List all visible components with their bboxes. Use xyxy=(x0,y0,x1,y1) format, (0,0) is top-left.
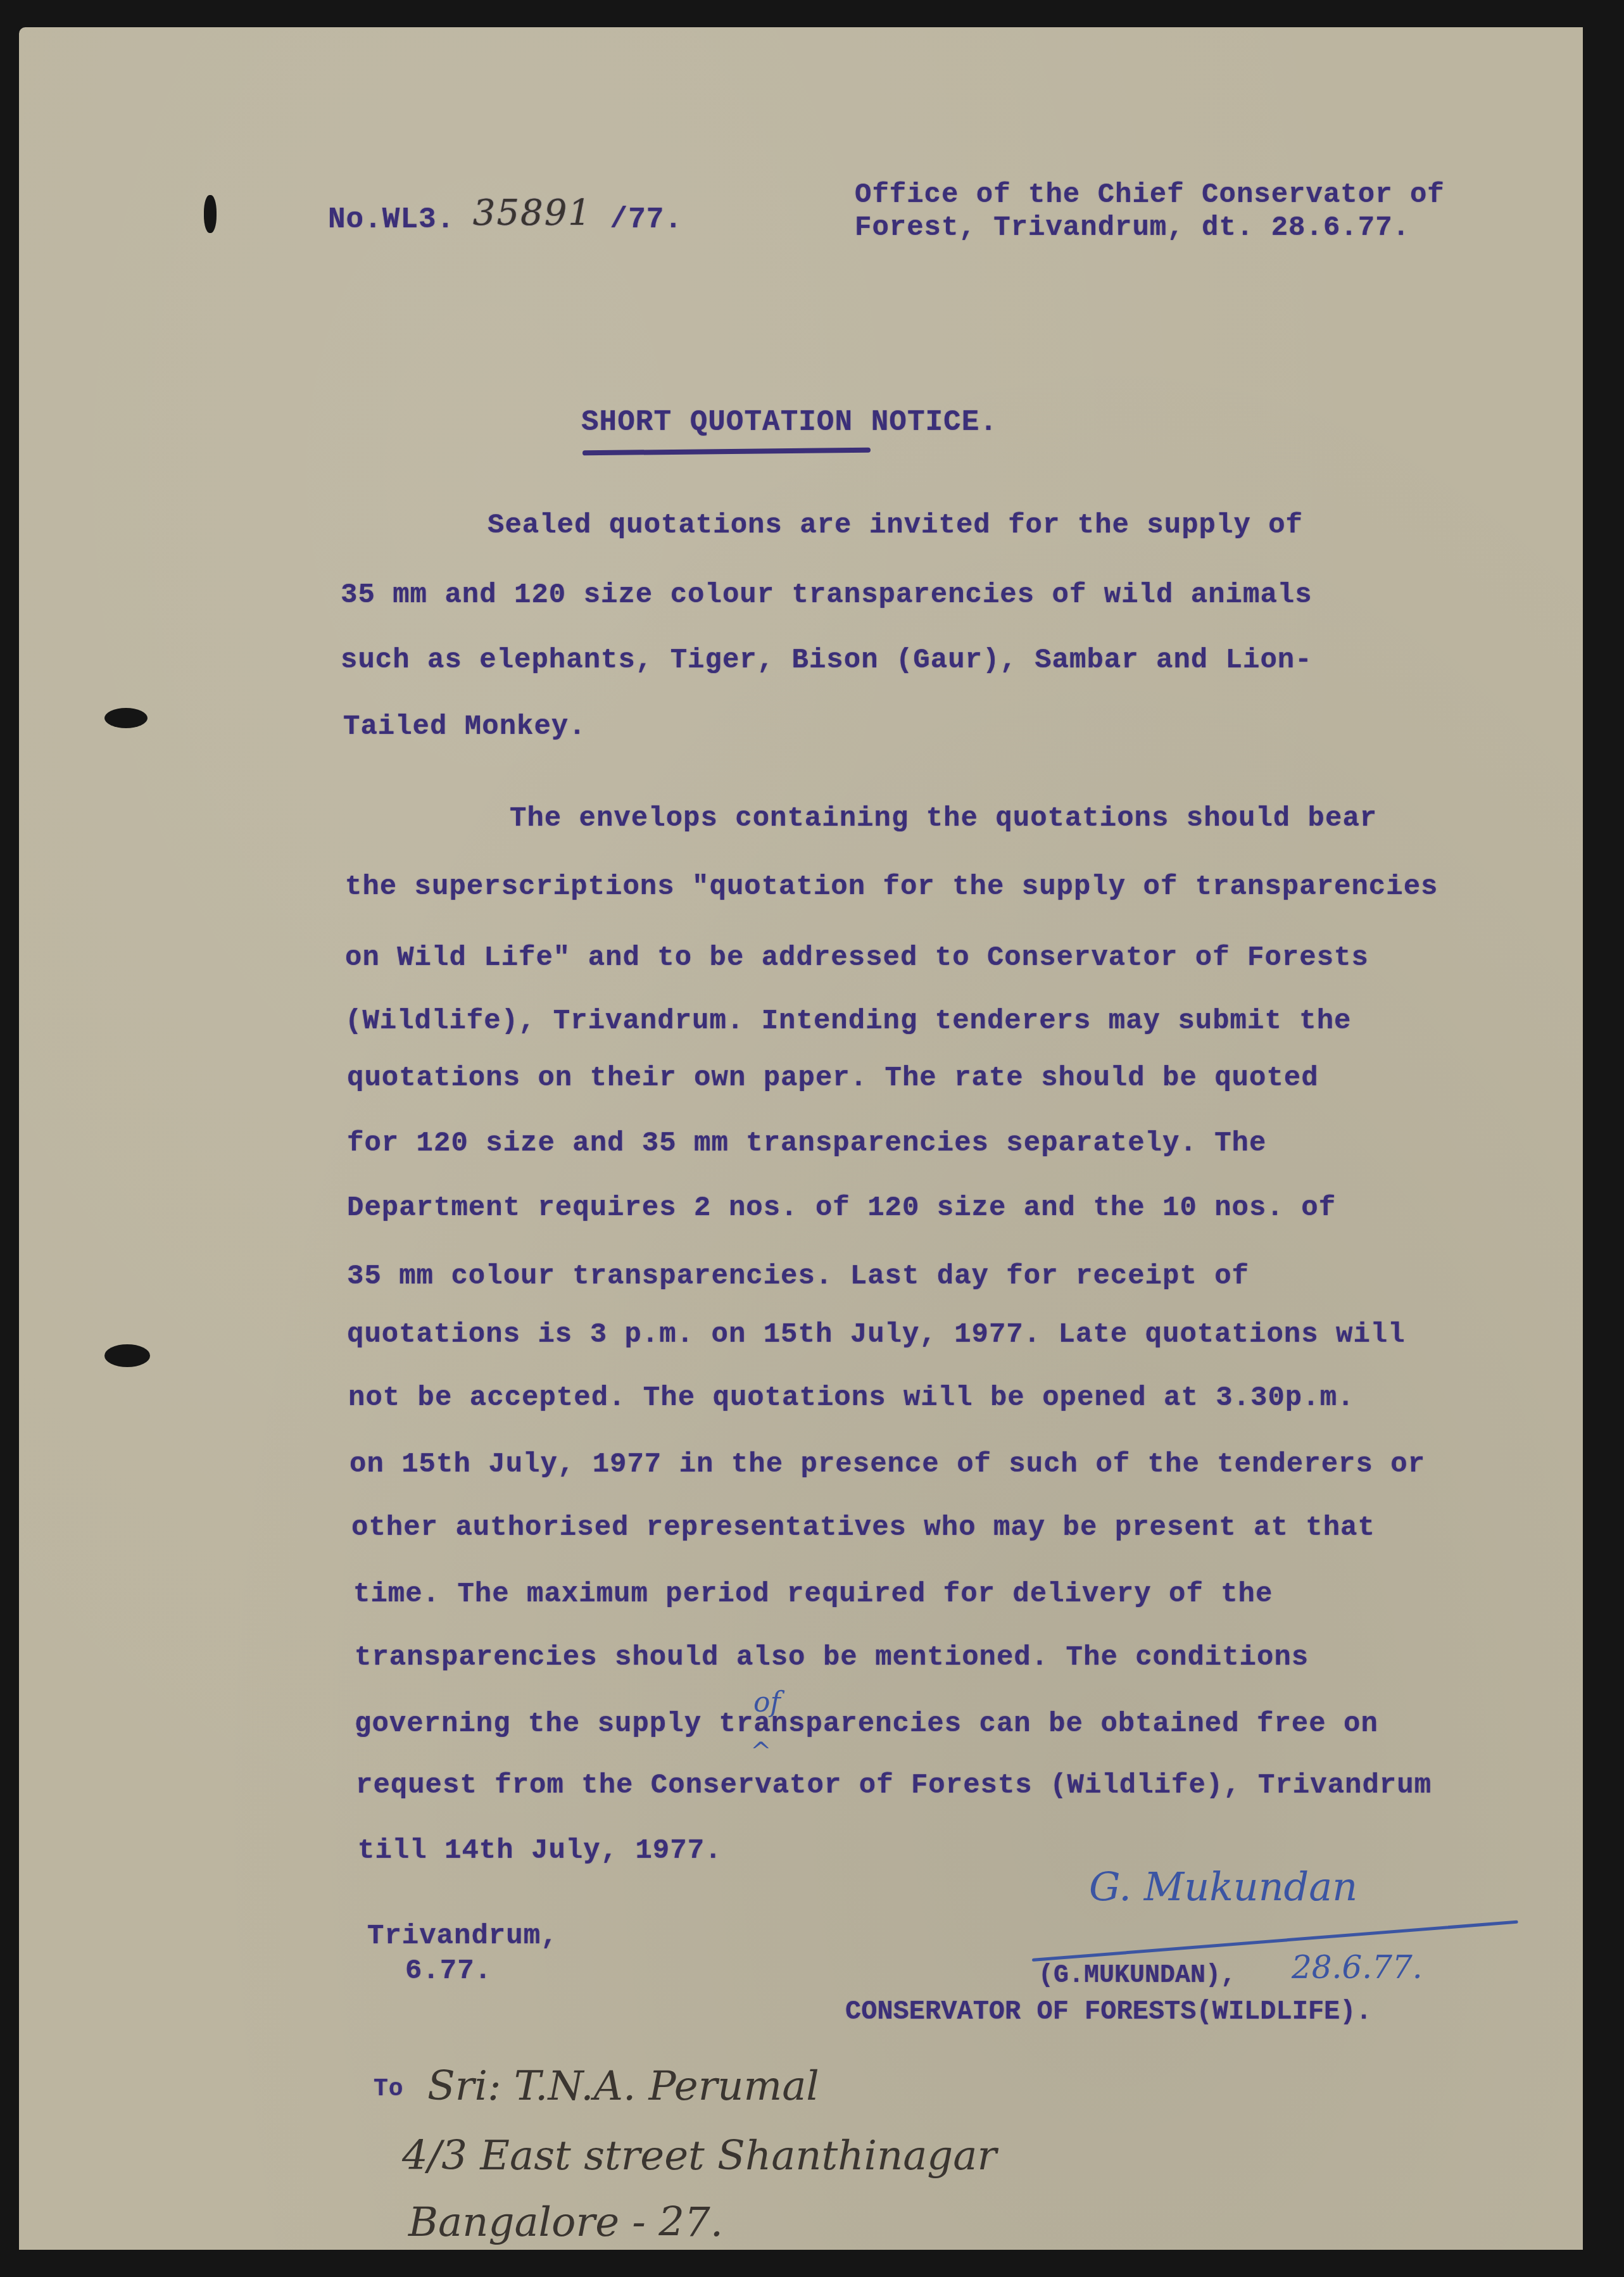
signature-line xyxy=(1032,1921,1518,1962)
reference-number: No.WL3. 35891 /77. xyxy=(328,195,683,236)
paragraph-1-line: Tailed Monkey. xyxy=(343,711,586,743)
paragraph-2-line: for 120 size and 35 mm transparencies se… xyxy=(347,1128,1266,1159)
addressee-line-3: Bangalore - 27. xyxy=(408,2199,723,2246)
paragraph-2-line: not be accepted. The quotations will be … xyxy=(348,1382,1354,1414)
paragraph-2-line: the superscriptions "quotation for the s… xyxy=(345,871,1438,903)
notice-title: SHORT QUOTATION NOTICE. xyxy=(581,406,998,439)
paragraph-2-line: request from the Conservator of Forests … xyxy=(356,1770,1432,1801)
insertion-caret-icon: ^ xyxy=(750,1737,772,1766)
paragraph-2-line: governing the supply transparencies can … xyxy=(355,1708,1378,1740)
signatory-designation: CONSERVATOR OF FORESTS(WILDLIFE). xyxy=(845,1996,1372,2027)
paragraph-2-line: time. The maximum period required for de… xyxy=(353,1579,1273,1610)
paragraph-2-line: (Wildlife), Trivandrum. Intending tender… xyxy=(345,1006,1351,1037)
document-sheet: No.WL3. 35891 /77. Office of the Chief C… xyxy=(19,27,1583,2250)
signatory-name: (G.MUKUNDAN), xyxy=(1038,1962,1236,1990)
paragraph-1-line: such as elephants, Tiger, Bison (Gaur), … xyxy=(341,645,1312,676)
to-label: To xyxy=(374,2076,404,2103)
punch-hole-top xyxy=(104,708,148,728)
addressee-line-1: Sri: T.N.A. Perumal xyxy=(427,2063,819,2110)
place: Trivandrum, xyxy=(367,1921,558,1952)
title-underline xyxy=(582,448,871,456)
handwritten-signature: G. Mukundan xyxy=(1089,1864,1357,1910)
paragraph-1-line: 35 mm and 120 size colour transparencies… xyxy=(341,579,1312,611)
paragraph-2-line: on Wild Life" and to be addressed to Con… xyxy=(345,942,1369,974)
paragraph-2-line: The envelops containing the quotations s… xyxy=(510,803,1377,835)
office-line-2: Forest, Trivandrum, dt. 28.6.77. xyxy=(855,212,1410,244)
paragraph-2-line: quotations is 3 p.m. on 15th July, 1977.… xyxy=(347,1319,1406,1351)
reference-suffix: /77. xyxy=(610,203,683,236)
paragraph-2-line: quotations on their own paper. The rate … xyxy=(347,1063,1319,1094)
handwritten-sign-date: 28.6.77. xyxy=(1292,1949,1423,1986)
paragraph-2-line: other authorised representatives who may… xyxy=(351,1512,1375,1544)
reference-handwritten-number: 35891 xyxy=(473,192,592,234)
handwritten-insertion: of xyxy=(753,1686,781,1719)
paragraph-2-line: Department requires 2 nos. of 120 size a… xyxy=(347,1192,1336,1224)
paragraph-2-line: 35 mm colour transparencies. Last day fo… xyxy=(347,1261,1249,1292)
paragraph-1-line: Sealed quotations are invited for the su… xyxy=(488,510,1303,541)
margin-tear-mark xyxy=(204,195,217,233)
paragraph-2-line: on 15th July, 1977 in the presence of su… xyxy=(349,1449,1425,1480)
paragraph-2-line: till 14th July, 1977. xyxy=(358,1835,722,1867)
place-date: 6.77. xyxy=(405,1955,492,1987)
addressee-line-2: 4/3 East street Shanthinagar xyxy=(402,2133,997,2179)
office-line-1: Office of the Chief Conservator of xyxy=(855,179,1445,211)
reference-prefix: No.WL3. xyxy=(328,203,455,236)
paragraph-2-line: transparencies should also be mentioned.… xyxy=(355,1642,1309,1674)
punch-hole-bottom xyxy=(104,1344,150,1367)
